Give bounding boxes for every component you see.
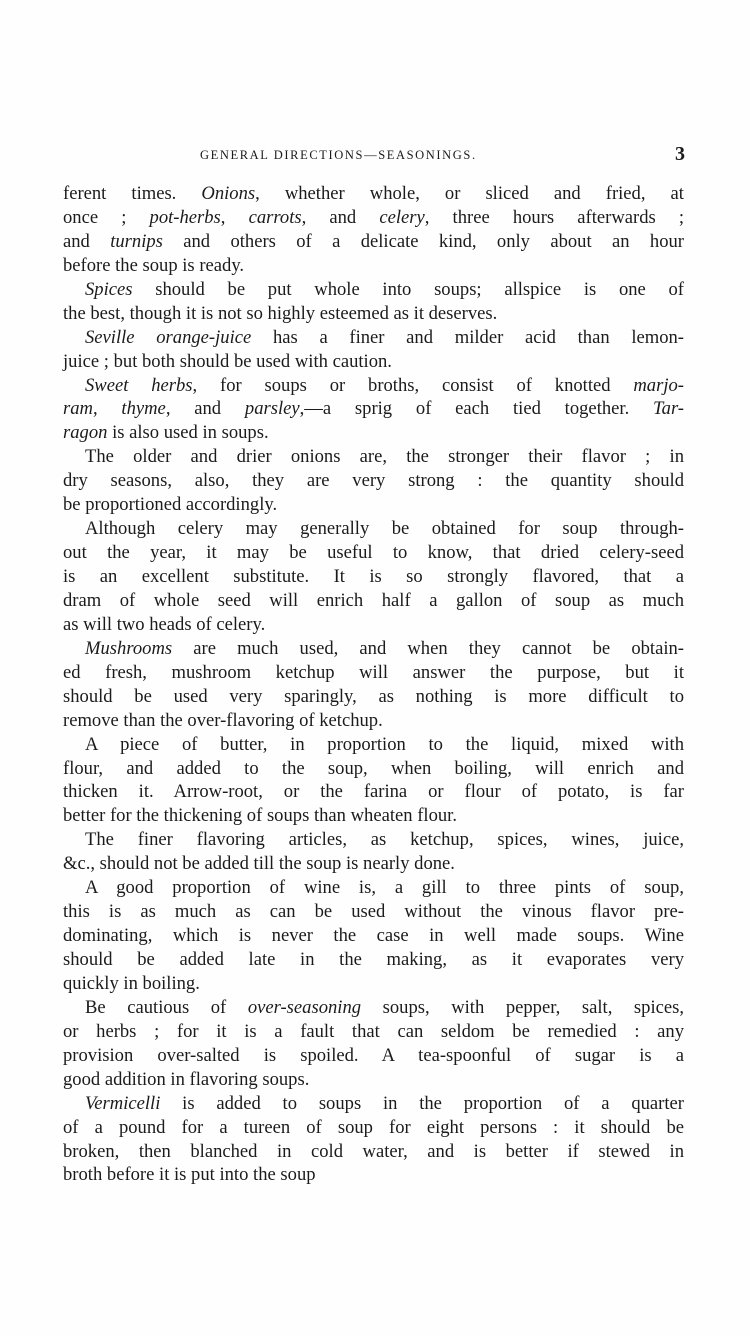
- text-run: are much used, and when they cannot be o…: [172, 638, 684, 659]
- body-text: ferent times. Onions, whether whole, or …: [63, 182, 684, 1187]
- text-run: should be added late in the making, as i…: [63, 949, 684, 970]
- text-line: as will two heads of celery.: [63, 613, 684, 637]
- text-run: ,—a sprig of each tied together.: [300, 398, 653, 419]
- paragraph-finer-flavoring: The finer flavoring articles, as ketchup…: [63, 828, 684, 876]
- text-run: be proportioned accordingly.: [63, 494, 277, 515]
- italic-term: Onions: [201, 183, 255, 204]
- text-run: soups, with pepper, salt, spices,: [361, 997, 684, 1018]
- text-line: The older and drier onions are, the stro…: [63, 445, 684, 469]
- text-run: ,: [93, 398, 121, 419]
- text-run: as will two heads of celery.: [63, 614, 265, 635]
- text-run: &c., should not be added till the soup i…: [63, 853, 455, 874]
- paragraph-vermicelli: Vermicelli is added to soups in the prop…: [63, 1092, 684, 1188]
- text-run: , for soups or broths, consist of knotte…: [193, 375, 634, 396]
- paragraph-spices: Spices should be put whole into soups; a…: [63, 278, 684, 326]
- text-line: better for the thickening of soups than …: [63, 804, 684, 828]
- text-run: is also used in soups.: [107, 422, 268, 443]
- text-line: Vermicelli is added to soups in the prop…: [63, 1092, 684, 1116]
- italic-term: parsley: [245, 398, 300, 419]
- italic-term: ragon: [63, 422, 107, 443]
- text-run: should be put whole into soups; allspice…: [133, 279, 684, 300]
- text-line: flour, and added to the soup, when boili…: [63, 757, 684, 781]
- text-line: once ; pot-herbs, carrots, and celery, t…: [63, 206, 684, 230]
- text-line: remove than the over-flavoring of ketchu…: [63, 709, 684, 733]
- italic-term: Sweet herbs: [85, 375, 193, 396]
- text-run: or herbs ; for it is a fault that can se…: [63, 1021, 684, 1042]
- italic-term: ram: [63, 398, 93, 419]
- text-line: should be used very sparingly, as nothin…: [63, 685, 684, 709]
- text-line: Sweet herbs, for soups or broths, consis…: [63, 374, 684, 398]
- text-run: ed fresh, mushroom ketchup will answer t…: [63, 662, 684, 683]
- paragraph-continuation: ferent times. Onions, whether whole, or …: [63, 182, 684, 278]
- text-line: Be cautious of over-seasoning soups, wit…: [63, 996, 684, 1020]
- text-run: The finer flavoring articles, as ketchup…: [85, 829, 684, 850]
- text-line: Seville orange-juice has a finer and mil…: [63, 326, 684, 350]
- paragraph-butter: A piece of butter, in proportion to the …: [63, 733, 684, 829]
- book-page: GENERAL DIRECTIONS—SEASONINGS. 3 ferent …: [0, 0, 750, 1336]
- text-line: dominating, which is never the case in w…: [63, 924, 684, 948]
- text-run: dram of whole seed will enrich half a ga…: [63, 590, 684, 611]
- text-run: Be cautious of: [85, 997, 248, 1018]
- text-run: and: [63, 231, 110, 252]
- text-run: out the year, it may be useful to know, …: [63, 542, 684, 563]
- text-line: provision over-salted is spoiled. A tea-…: [63, 1044, 684, 1068]
- text-run: dry seasons, also, they are very strong …: [63, 470, 684, 491]
- italic-term: Seville orange-juice: [85, 327, 251, 348]
- paragraph-onions: The older and drier onions are, the stro…: [63, 445, 684, 517]
- text-run: , and: [166, 398, 245, 419]
- text-line: of a pound for a tureen of soup for eigh…: [63, 1116, 684, 1140]
- text-line: this is as much as can be used without t…: [63, 900, 684, 924]
- text-run: of a pound for a tureen of soup for eigh…: [63, 1117, 684, 1138]
- paragraph-seville-orange: Seville orange-juice has a finer and mil…: [63, 326, 684, 374]
- text-run: ferent times.: [63, 183, 201, 204]
- text-line: is an excellent substitute. It is so str…: [63, 565, 684, 589]
- running-head: GENERAL DIRECTIONS—SEASONINGS.: [200, 148, 477, 163]
- text-line: ragon is also used in soups.: [63, 421, 684, 445]
- italic-term: celery: [379, 207, 424, 228]
- text-line: quickly in boiling.: [63, 972, 684, 996]
- text-run: dominating, which is never the case in w…: [63, 925, 684, 946]
- text-run: , whether whole, or sliced and fried, at: [255, 183, 684, 204]
- text-run: , and: [302, 207, 380, 228]
- text-run: quickly in boiling.: [63, 973, 200, 994]
- italic-term: marjo-: [633, 375, 684, 396]
- text-line: thicken it. Arrow-root, or the farina or…: [63, 780, 684, 804]
- text-line: or herbs ; for it is a fault that can se…: [63, 1020, 684, 1044]
- text-line: and turnips and others of a delicate kin…: [63, 230, 684, 254]
- text-run: The older and drier onions are, the stro…: [85, 446, 684, 467]
- text-run: better for the thickening of soups than …: [63, 805, 457, 826]
- text-run: broth before it is put into the soup: [63, 1164, 316, 1185]
- page-header: GENERAL DIRECTIONS—SEASONINGS. 3: [200, 146, 685, 168]
- text-run: provision over-salted is spoiled. A tea-…: [63, 1045, 684, 1066]
- text-run: is an excellent substitute. It is so str…: [63, 566, 684, 587]
- text-run: is added to soups in the proportion of a…: [160, 1093, 684, 1114]
- text-run: has a finer and milder acid than lemon-: [251, 327, 684, 348]
- text-run: flour, and added to the soup, when boili…: [63, 758, 684, 779]
- text-line: broth before it is put into the soup: [63, 1163, 684, 1187]
- text-line: good addition in flavoring soups.: [63, 1068, 684, 1092]
- text-line: dry seasons, also, they are very strong …: [63, 469, 684, 493]
- text-run: ,: [221, 207, 249, 228]
- text-run: the best, though it is not so highly est…: [63, 303, 497, 324]
- text-line: before the soup is ready.: [63, 254, 684, 278]
- text-line: ferent times. Onions, whether whole, or …: [63, 182, 684, 206]
- italic-term: Mushrooms: [85, 638, 172, 659]
- text-line: the best, though it is not so highly est…: [63, 302, 684, 326]
- italic-term: thyme: [121, 398, 165, 419]
- text-line: A piece of butter, in proportion to the …: [63, 733, 684, 757]
- text-run: broken, then blanched in cold water, and…: [63, 1141, 684, 1162]
- text-run: Although celery may generally be obtaine…: [85, 518, 684, 539]
- paragraph-sweet-herbs: Sweet herbs, for soups or broths, consis…: [63, 374, 684, 446]
- text-run: A good proportion of wine is, a gill to …: [85, 877, 684, 898]
- paragraph-wine: A good proportion of wine is, a gill to …: [63, 876, 684, 996]
- paragraph-mushrooms: Mushrooms are much used, and when they c…: [63, 637, 684, 733]
- text-run: thicken it. Arrow-root, or the farina or…: [63, 781, 684, 802]
- text-line: dram of whole seed will enrich half a ga…: [63, 589, 684, 613]
- text-line: ram, thyme, and parsley,—a sprig of each…: [63, 397, 684, 421]
- text-run: juice ; but both should be used with cau…: [63, 351, 392, 372]
- paragraph-celery: Although celery may generally be obtaine…: [63, 517, 684, 637]
- page-number: 3: [675, 143, 685, 166]
- text-line: The finer flavoring articles, as ketchup…: [63, 828, 684, 852]
- text-line: ed fresh, mushroom ketchup will answer t…: [63, 661, 684, 685]
- text-line: Mushrooms are much used, and when they c…: [63, 637, 684, 661]
- text-run: and others of a delicate kind, only abou…: [163, 231, 684, 252]
- paragraph-over-seasoning: Be cautious of over-seasoning soups, wit…: [63, 996, 684, 1092]
- text-line: A good proportion of wine is, a gill to …: [63, 876, 684, 900]
- text-line: out the year, it may be useful to know, …: [63, 541, 684, 565]
- text-run: this is as much as can be used without t…: [63, 901, 684, 922]
- text-line: be proportioned accordingly.: [63, 493, 684, 517]
- text-line: Although celery may generally be obtaine…: [63, 517, 684, 541]
- text-run: once ;: [63, 207, 150, 228]
- italic-term: turnips: [110, 231, 163, 252]
- italic-term: Spices: [85, 279, 133, 300]
- italic-term: Vermicelli: [85, 1093, 160, 1114]
- text-run: before the soup is ready.: [63, 255, 244, 276]
- italic-term: over-seasoning: [248, 997, 361, 1018]
- text-run: good addition in flavoring soups.: [63, 1069, 309, 1090]
- text-line: juice ; but both should be used with cau…: [63, 350, 684, 374]
- italic-term: carrots: [249, 207, 302, 228]
- text-line: Spices should be put whole into soups; a…: [63, 278, 684, 302]
- text-run: remove than the over-flavoring of ketchu…: [63, 710, 383, 731]
- text-run: , three hours afterwards ;: [425, 207, 684, 228]
- text-line: broken, then blanched in cold water, and…: [63, 1140, 684, 1164]
- text-line: &c., should not be added till the soup i…: [63, 852, 684, 876]
- text-run: A piece of butter, in proportion to the …: [85, 734, 684, 755]
- italic-term: Tar-: [653, 398, 684, 419]
- italic-term: pot-herbs: [150, 207, 221, 228]
- text-run: should be used very sparingly, as nothin…: [63, 686, 684, 707]
- text-line: should be added late in the making, as i…: [63, 948, 684, 972]
